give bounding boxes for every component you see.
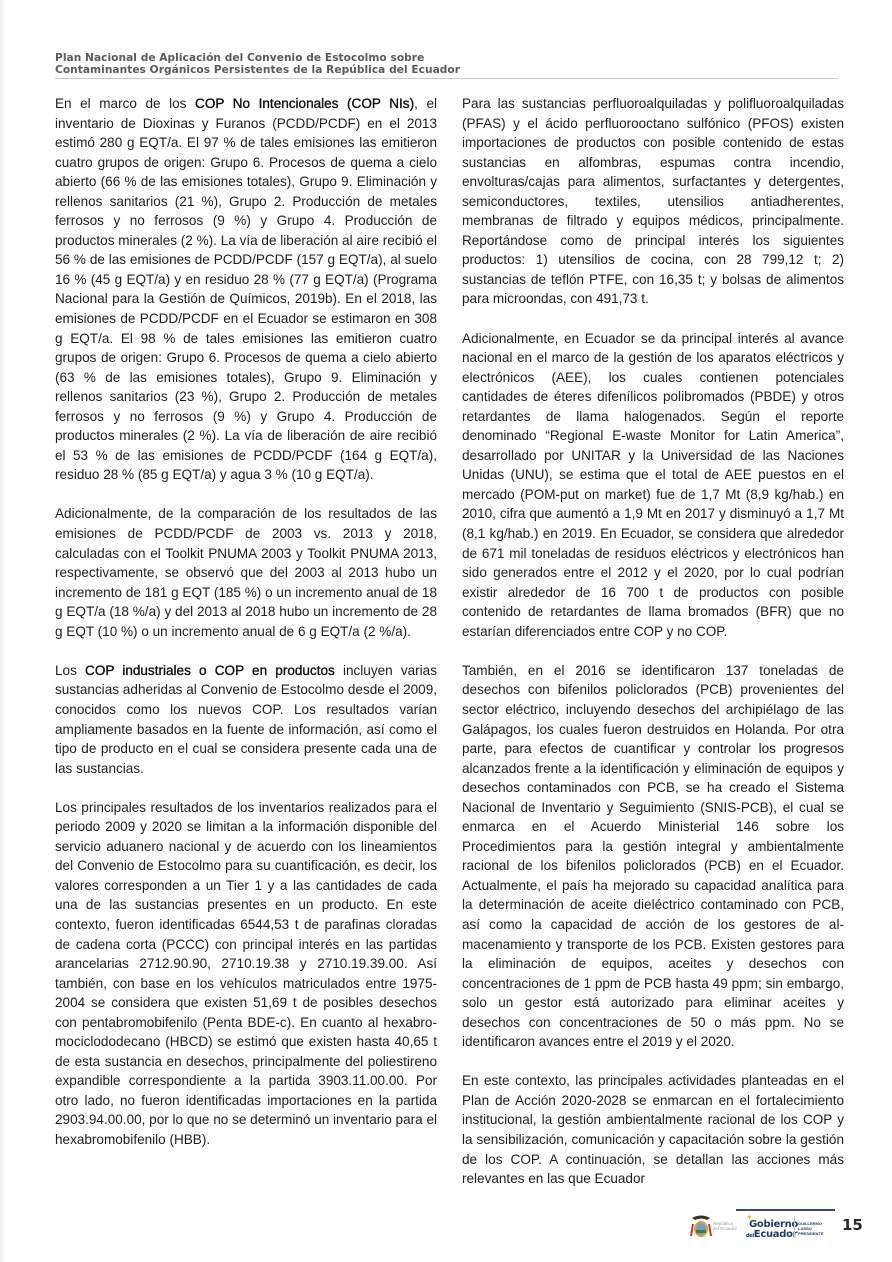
paragraph-comparacion: Adicionalmente, de la comparación de los… (55, 504, 437, 641)
president-label: GUILLERMO LASSO PRESIDENTE (798, 1221, 830, 1236)
paragraph-text: , el inventario de Dioxinas y Furanos (P… (55, 96, 437, 482)
ecuador-text: Ecuador (754, 1229, 798, 1240)
republica-del-ecuador-label: República del Ecuador (713, 1221, 743, 1231)
paragraph-pfas-pfos: Para las sustancias perfluoroalquiladas … (462, 94, 844, 309)
paragraph-cop-no-intencionales: En el marco de los COP No Intencionales … (55, 94, 437, 485)
paragraph-aee: Adicionalmente, en Ecuador se da princip… (462, 329, 844, 642)
running-header: Plan Nacional de Aplicación del Convenio… (55, 53, 838, 76)
coat-of-arms-icon (690, 1214, 712, 1240)
header-title-line-1: Plan Nacional de Aplicación del Convenio… (55, 53, 838, 65)
logo-divider (794, 1216, 795, 1238)
page-number: 15 (842, 1216, 863, 1234)
republic-text-line-2: del Ecuador (713, 1226, 743, 1231)
header-title-line-2: Contaminantes Orgánicos Persistentes de … (55, 65, 838, 77)
left-column: En el marco de los COP No Intencionales … (55, 94, 437, 1169)
right-column: Para las sustancias perfluoroalquiladas … (462, 94, 844, 1208)
paragraph-text: Los (55, 663, 85, 678)
footer-divider (736, 1209, 835, 1211)
president-name: GUILLERMO LASSO (798, 1221, 830, 1231)
paragraph-resultados-inventarios: Los principales resultados de los invent… (55, 798, 437, 1150)
bold-term: COP industriales o COP en productos (85, 663, 335, 678)
paragraph-plan-accion: En este contexto, las principales activi… (462, 1071, 844, 1188)
page-edge-shadow (0, 0, 6, 1262)
del-text: del (746, 1233, 754, 1239)
paragraph-cop-industriales: Los COP industriales o COP en productos … (55, 661, 437, 778)
del-ecuador-text: delEcuador (746, 1230, 797, 1241)
paragraph-pcb: También, en el 2016 se identificaron 137… (462, 661, 844, 1052)
bold-term: COP No Intencionales (COP NIs) (195, 96, 414, 111)
header-divider (55, 78, 838, 79)
paragraph-text: incluyen varias sustancias adheridas al … (55, 663, 437, 776)
president-title: PRESIDENTE (798, 1231, 830, 1236)
paragraph-text: En el marco de los (55, 96, 195, 111)
